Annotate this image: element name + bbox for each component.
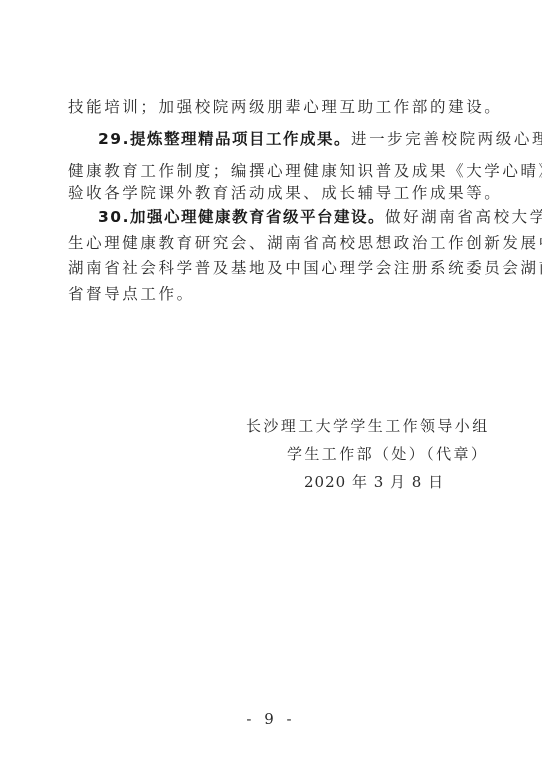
paragraph-line: 健康教育工作制度；编撰心理健康知识普及成果《大学心晴》；: [68, 161, 542, 181]
paragraph-line: 验收各学院课外教育活动成果、成长辅导工作成果等。: [68, 183, 502, 203]
signature-org: 长沙理工大学学生工作领导小组: [246, 416, 490, 436]
item-30-heading: 30.加强心理健康教育省级平台建设。: [98, 208, 385, 226]
item-29-heading: 29.提炼整理精品项目工作成果。: [98, 130, 351, 148]
item-29-text: 进一步完善校院两级心理: [351, 130, 542, 148]
paragraph-line: 省督导点工作。: [68, 284, 195, 304]
paragraph-line: 湖南省社会科学普及基地及中国心理学会注册系统委员会湖南: [68, 258, 542, 278]
document-page: 技能培训；加强校院两级朋辈心理互助工作部的建设。 29.提炼整理精品项目工作成果…: [0, 0, 542, 768]
item-30-first-line: 30.加强心理健康教育省级平台建设。做好湖南省高校大学: [98, 207, 542, 227]
paragraph-line: 生心理健康教育研究会、湖南省高校思想政治工作创新发展中心、: [68, 233, 542, 253]
item-30-text: 做好湖南省高校大学: [385, 208, 542, 226]
item-29-first-line: 29.提炼整理精品项目工作成果。进一步完善校院两级心理: [98, 129, 542, 149]
paragraph-line: 技能培训；加强校院两级朋辈心理互助工作部的建设。: [68, 97, 502, 117]
page-number: - 9 -: [0, 710, 542, 728]
signature-date: 2020 年 3 月 8 日: [304, 472, 444, 492]
signature-dept: 学生工作部（处）（代章）: [287, 444, 488, 464]
